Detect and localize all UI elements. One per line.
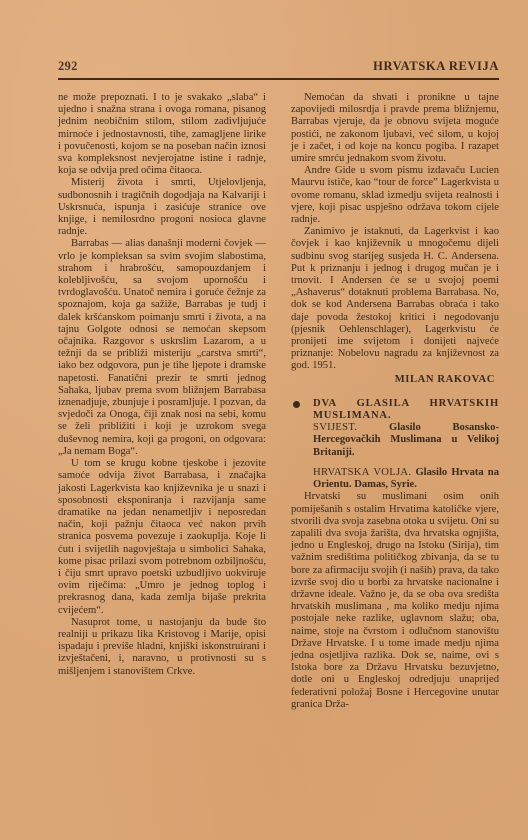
right-column: Nemoćan da shvati i pronikne u tajne zap… — [291, 92, 499, 711]
publication-entry: HRVATSKA VOLJA. Glasilo Hrvata na Orient… — [313, 467, 499, 491]
magazine-page: 292 HRVATSKA REVIJA ne može prepoznati. … — [58, 56, 499, 711]
paragraph: Misterij života i smrti, Utjelovljenja, … — [58, 177, 266, 238]
page-number: 292 — [58, 59, 78, 74]
author-signature: MILAN RAKOVAC — [291, 374, 499, 386]
running-head: 292 HRVATSKA REVIJA — [58, 56, 499, 74]
paragraph: Zanimivo je istaknuti, da Lagerkvist i k… — [291, 226, 499, 372]
publication-name: HRVATSKA VOLJA. — [313, 467, 411, 478]
publication-entry: SVIJEST. Glasilo Bosansko-Hercegovačkih … — [313, 422, 499, 459]
paragraph: Barrabas — alias današnji moderni čovjek… — [58, 238, 266, 458]
two-column-body: ne može prepoznati. I to je svakako „sla… — [58, 92, 499, 711]
left-column: ne može prepoznati. I to je svakako „sla… — [58, 92, 266, 711]
paragraph: Nasuprot tome, u nastojanju da bude što … — [58, 617, 266, 678]
publication-name: SVIJEST. — [313, 422, 357, 433]
paragraph: Andre Gide u svom pismu izdavaču Lucien … — [291, 165, 499, 226]
paragraph: Nemoćan da shvati i pronikne u tajne zap… — [291, 92, 499, 165]
bullet-icon — [293, 401, 300, 408]
news-notice: DVA GLASILA HRVATSKIH MUSLIMANA. SVIJEST… — [291, 398, 499, 491]
notice-title: DVA GLASILA HRVATSKIH MUSLIMANA. — [313, 398, 499, 422]
journal-title: HRVATSKA REVIJA — [373, 59, 499, 74]
paragraph: U tom se krugu kobne tjeskobe i jezovite… — [58, 458, 266, 617]
paragraph: ne može prepoznati. I to je svakako „sla… — [58, 92, 266, 177]
paragraph: Hrvatski su muslimani osim onih pomiješa… — [291, 491, 499, 711]
header-rule — [58, 78, 499, 80]
